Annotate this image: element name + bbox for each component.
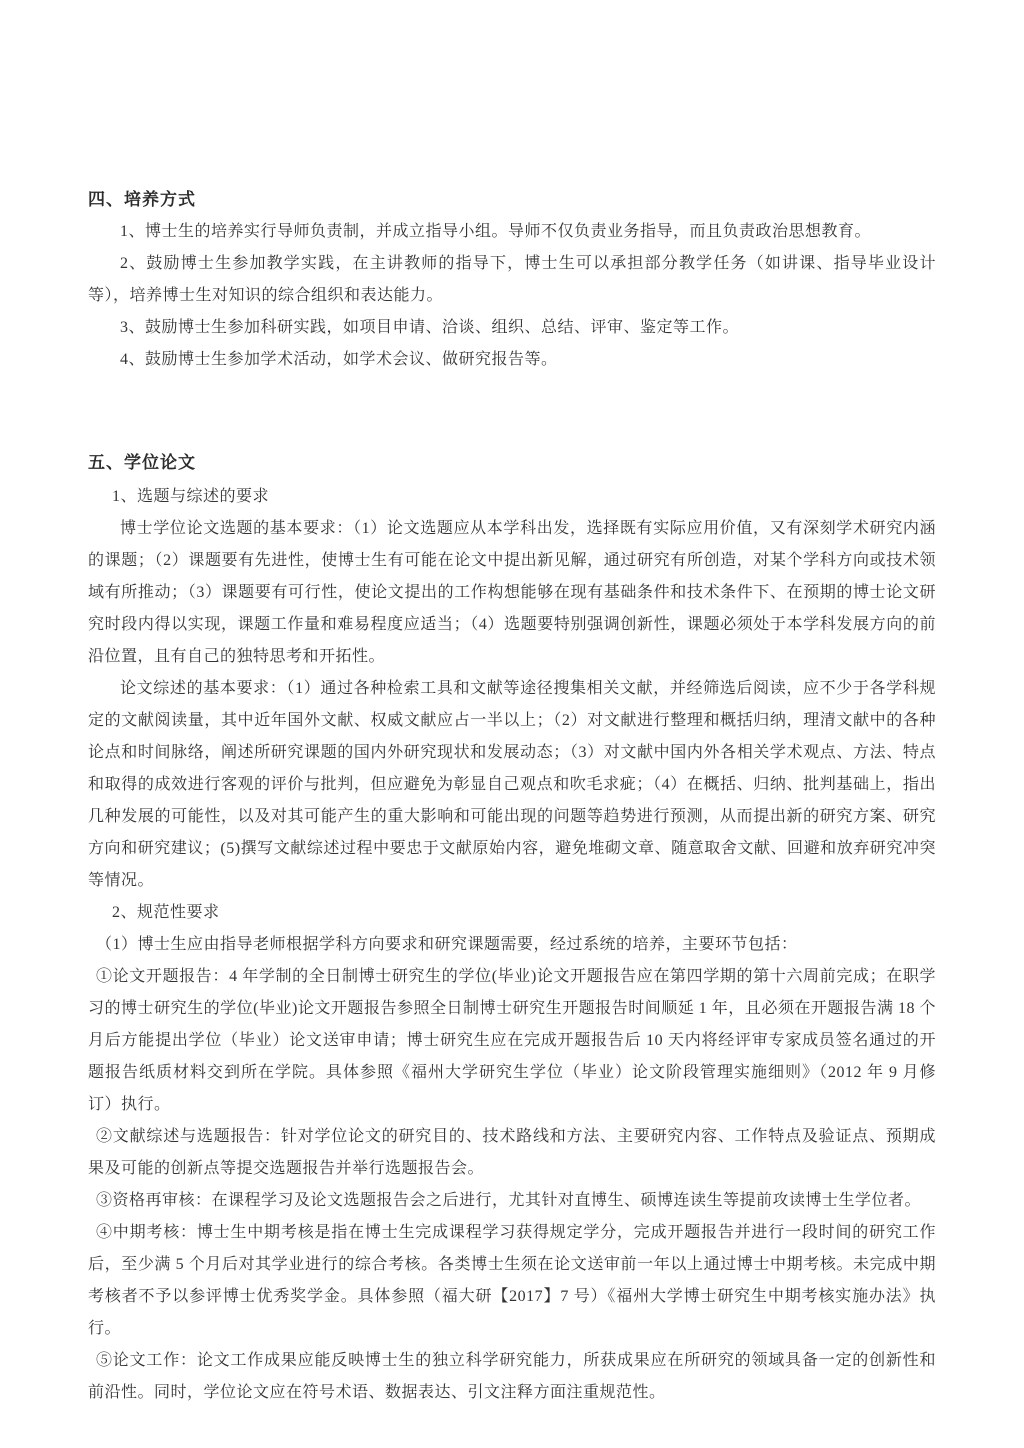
paragraph-training-item-1: 1、博士生的培养实行导师负责制，并成立指导小组。导师不仅负责业务指导，而且负责政… [88,216,936,248]
paragraph-step-5-thesis-work: ⑤论文工作：论文工作成果应能反映博士生的独立科学研究能力，所获成果应在所研究的领… [88,1345,936,1409]
paragraph-review-requirements: 论文综述的基本要求：（1）通过各种检索工具和文献等途径搜集相关文献，并经筛选后阅… [88,673,936,897]
paragraph-step-2-literature-review: ②文献综述与选题报告：针对学位论文的研究目的、技术路线和方法、主要研究内容、工作… [88,1121,936,1185]
paragraph-normative-subheading: 2、规范性要求 [88,897,936,929]
section-heading-training-method: 四、培养方式 [88,187,936,213]
paragraph-training-item-2: 2、鼓励博士生参加教学实践，在主讲教师的指导下，博士生可以承担部分教学任务（如讲… [88,248,936,312]
paragraph-training-item-4: 4、鼓励博士生参加学术活动，如学术会议、做研究报告等。 [88,344,936,376]
section-degree-thesis: 五、学位论文 1、选题与综述的要求 博士学位论文选题的基本要求：（1）论文选题应… [88,450,936,1409]
paragraph-step-1-proposal-report: ①论文开题报告：4 年学制的全日制博士研究生的学位(毕业)论文开题报告应在第四学… [88,961,936,1121]
paragraph-topic-requirements: 博士学位论文选题的基本要求：（1）论文选题应从本学科出发，选择既有实际应用价值，… [88,513,936,673]
paragraph-step-3-qualification-review: ③资格再审核：在课程学习及论文选题报告会之后进行，尤其针对直博生、硕博连读生等提… [88,1185,936,1217]
paragraph-topic-review-subheading: 1、选题与综述的要求 [88,481,936,513]
paragraph-training-item-3: 3、鼓励博士生参加科研实践，如项目申请、洽谈、组织、总结、评审、鉴定等工作。 [88,312,936,344]
document-page: 四、培养方式 1、博士生的培养实行导师负责制，并成立指导小组。导师不仅负责业务指… [0,0,1024,1448]
paragraph-step-4-midterm-assessment: ④中期考核：博士生中期考核是指在博士生完成课程学习获得规定学分，完成开题报告并进… [88,1217,936,1345]
paragraph-supervision-intro: （1）博士生应由指导老师根据学科方向要求和研究课题需要，经过系统的培养，主要环节… [88,929,936,961]
section-heading-degree-thesis: 五、学位论文 [88,450,936,476]
section-training-method: 四、培养方式 1、博士生的培养实行导师负责制，并成立指导小组。导师不仅负责业务指… [88,187,936,376]
